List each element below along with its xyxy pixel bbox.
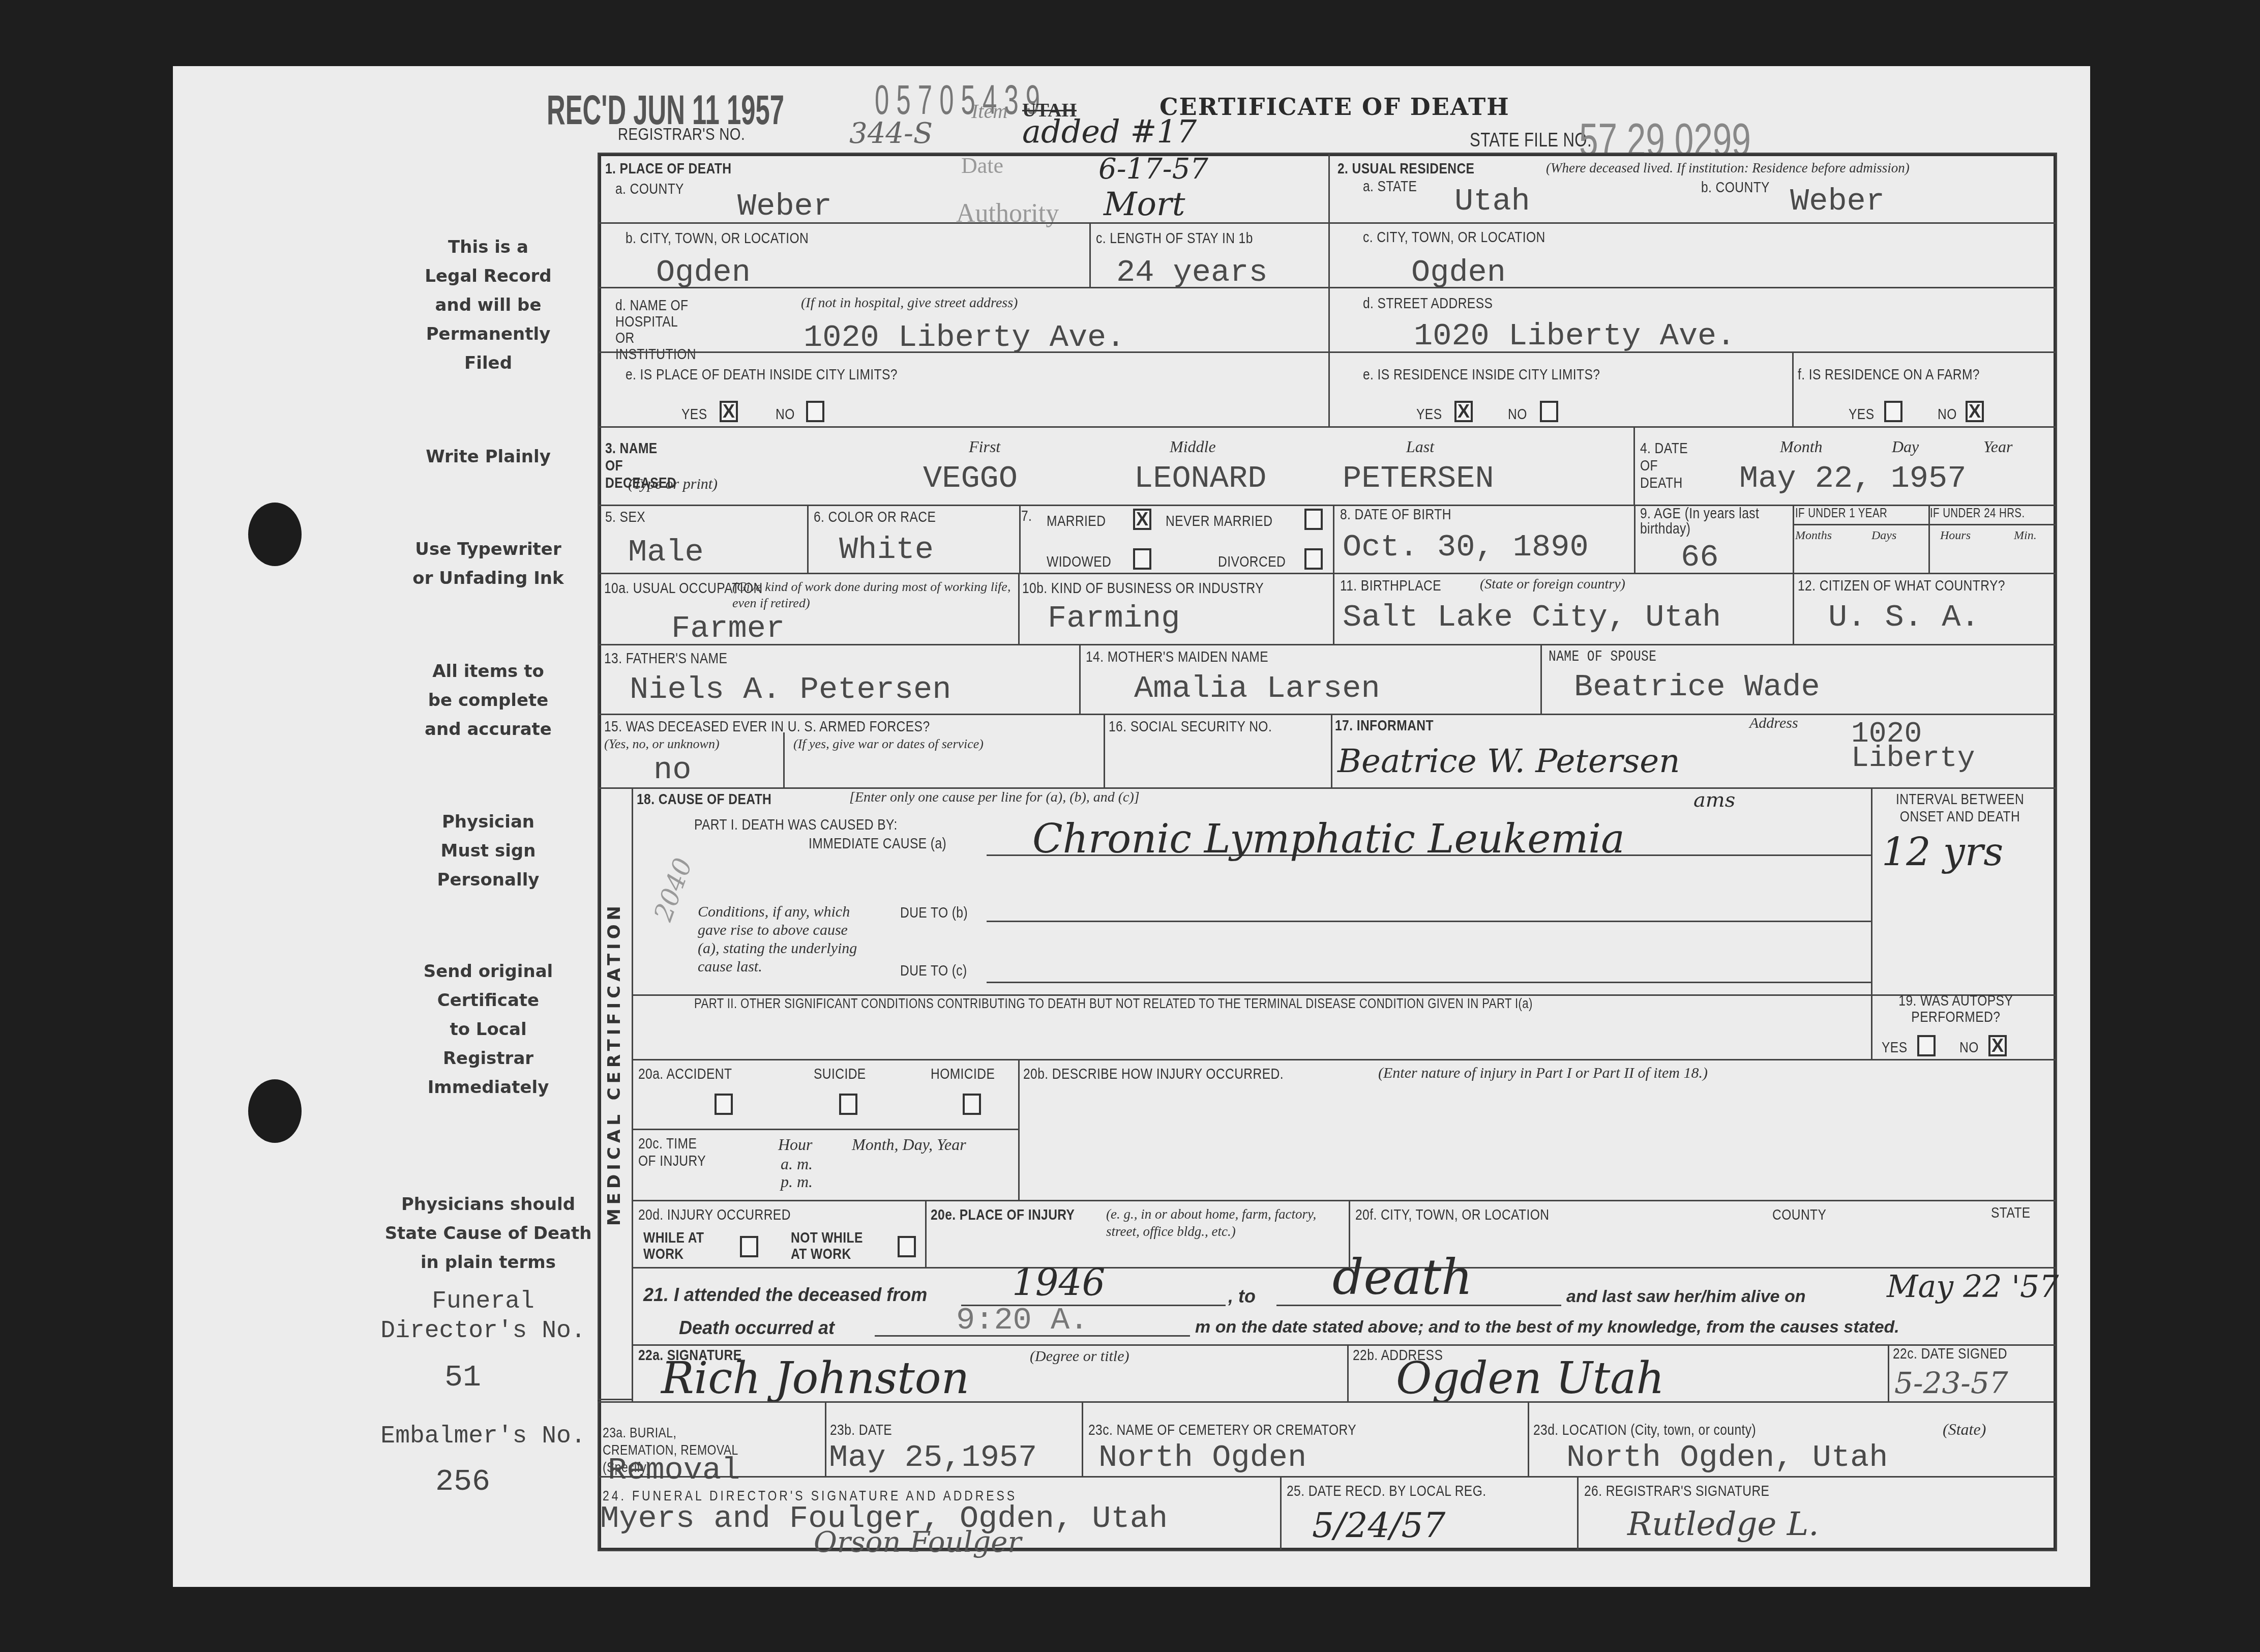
margin-note-legal-record: This is a Legal Record and will be Perma…	[376, 233, 600, 378]
date-signed-label: 22c. DATE SIGNED	[1893, 1345, 2007, 1363]
usual-residence-hint: (Where deceased lived. If institution: R…	[1546, 160, 1910, 176]
injury-desc-hint: (Enter nature of injury in Part I or Par…	[1378, 1065, 1708, 1082]
inside-limits-label: e. IS PLACE OF DEATH INSIDE CITY LIMITS?	[626, 366, 898, 383]
middle-label: Middle	[1170, 437, 1216, 456]
armed-forces-hint2: (If yes, give war or dates of service)	[793, 736, 984, 752]
dod-day-label: Day	[1892, 437, 1919, 456]
state-file-label: STATE FILE NO.	[1470, 130, 1592, 152]
part1-label: PART I. DEATH WAS CAUSED BY:	[694, 816, 898, 834]
attended-from-value[interactable]: 1946	[1012, 1261, 1105, 1304]
res-inside-yes-label: YES	[1416, 406, 1442, 423]
embalmer-no-label: Embalmer's No.	[356, 1422, 610, 1451]
cemetery-value[interactable]: North Ogden	[1098, 1439, 1306, 1476]
farm-no-label: NO	[1938, 406, 1957, 423]
registrar-signature[interactable]: Rutledge L.	[1627, 1506, 1819, 1543]
industry-label: 10b. KIND OF BUSINESS OR INDUSTRY	[1022, 580, 1264, 597]
punch-hole-bottom	[248, 1079, 302, 1143]
injury-city-label: 20f. CITY, TOWN, OR LOCATION	[1355, 1206, 1549, 1224]
margin-note-cause-plain: Physicians should State Cause of Death i…	[376, 1190, 600, 1277]
res-city-label: c. CITY, TOWN, OR LOCATION	[1363, 229, 1545, 246]
spouse-value[interactable]: Beatrice Wade	[1574, 669, 1820, 705]
spouse-label: NAME OF SPOUSE	[1549, 648, 1656, 666]
attended-to-value[interactable]: death	[1332, 1249, 1473, 1306]
injury-state-label: STATE	[1991, 1204, 2031, 1222]
place-injury-hint: (e. g., in or about home, farm, factory,…	[1106, 1205, 1345, 1240]
first-label: First	[969, 437, 1000, 456]
injury-occurred-label: 20d. INJURY OCCURRED	[638, 1206, 791, 1224]
location-label: 23d. LOCATION (City, town, or county)	[1533, 1422, 1756, 1439]
accident-label: 20a. ACCIDENT	[638, 1066, 732, 1083]
street-label: d. STREET ADDRESS	[1363, 295, 1493, 312]
dod-year-label: Year	[1983, 437, 2013, 456]
min-label: Min.	[2014, 529, 2037, 543]
margin-note-write-plainly: Write Plainly	[376, 442, 600, 471]
days-label: Days	[1871, 529, 1896, 543]
stay-value[interactable]: 24 years	[1116, 254, 1268, 290]
res-inside-limits-label: e. IS RESIDENCE INSIDE CITY LIMITS?	[1363, 366, 1600, 383]
never-married-checkbox[interactable]	[1304, 509, 1323, 530]
widowed-checkbox[interactable]	[1133, 548, 1151, 570]
mdy-label: Month, Day, Year	[852, 1135, 966, 1154]
last-name-value[interactable]: PETERSEN	[1343, 460, 1494, 496]
death-city-value[interactable]: Ogden	[656, 254, 751, 290]
first-name-value[interactable]: VEGGO	[923, 460, 1018, 496]
farm-no-checkbox[interactable]: X	[1966, 401, 1984, 422]
funeral-director-no-label: Funeral Director's No.	[356, 1287, 610, 1346]
degree-label: (Degree or title)	[1030, 1348, 1129, 1365]
funeral-director-signature[interactable]: Orson Foulger	[814, 1526, 1021, 1559]
usual-residence-label: 2. USUAL RESIDENCE	[1337, 160, 1474, 178]
informant-label: 17. INFORMANT	[1335, 717, 1434, 734]
punch-hole-top	[248, 503, 302, 566]
embalmer-no-value: 256	[336, 1467, 590, 1497]
county-label: a. COUNTY	[615, 181, 684, 198]
divorced-label: DIVORCED	[1218, 553, 1286, 571]
field-2f-farm	[1792, 351, 2057, 428]
suicide-checkbox[interactable]	[839, 1094, 857, 1115]
race-label: 6. COLOR OR RACE	[814, 509, 936, 526]
due-c-label: DUE TO (c)	[900, 962, 967, 980]
document-title: CERTIFICATE OF DEATH	[1159, 93, 1510, 121]
date-signed-value[interactable]: 5-23-57	[1894, 1366, 2008, 1400]
last-saw-value[interactable]: May 22 '57	[1887, 1269, 2059, 1305]
inside-limits-no-checkbox[interactable]	[806, 401, 824, 422]
informant-signature[interactable]: Beatrice W. Petersen	[1337, 743, 1680, 780]
medical-certification-label: MEDICAL CERTIFICATION	[604, 902, 625, 1226]
res-county-value[interactable]: Weber	[1790, 183, 1885, 219]
res-inside-no-checkbox[interactable]	[1540, 401, 1558, 422]
res-inside-yes-checkbox[interactable]: X	[1454, 401, 1473, 422]
attended-to-label: , to	[1228, 1286, 1256, 1307]
birthplace-label: 11. BIRTHPLACE	[1340, 577, 1441, 595]
industry-value[interactable]: Farming	[1048, 600, 1180, 636]
margin-note-send-original: Send original Certificate to Local Regis…	[376, 957, 600, 1102]
res-county-label: b. COUNTY	[1701, 179, 1770, 196]
autopsy-yes-label: YES	[1882, 1039, 1907, 1056]
farm-yes-checkbox[interactable]	[1884, 401, 1902, 422]
age-label: 9. AGE (In years last birthday)	[1640, 506, 1778, 537]
armed-forces-value[interactable]: no	[653, 752, 691, 788]
cause-hint: [Enter only one cause per line for (a), …	[849, 789, 1140, 806]
hour-label: Hour	[778, 1135, 813, 1154]
location-value[interactable]: North Ogden, Utah	[1566, 1439, 1888, 1476]
inside-limits-yes-checkbox[interactable]: X	[720, 401, 738, 422]
res-inside-no-label: NO	[1508, 406, 1527, 423]
dob-value[interactable]: Oct. 30, 1890	[1343, 529, 1589, 565]
citizen-label: 12. CITIZEN OF WHAT COUNTRY?	[1798, 577, 2005, 595]
mother-value[interactable]: Amalia Larsen	[1134, 670, 1380, 706]
res-state-label: a. STATE	[1363, 178, 1417, 195]
immediate-cause-value[interactable]: Chronic Lymphatic Leukemia	[1032, 816, 1625, 862]
citizen-value[interactable]: U. S. A.	[1828, 599, 1980, 635]
physician-signature[interactable]: Rich Johnston	[661, 1353, 969, 1404]
never-married-label: NEVER MARRIED	[1166, 513, 1272, 530]
inside-limits-yes-label: YES	[681, 406, 707, 423]
dod-label: 4. DATE OF DEATH	[1640, 440, 1690, 492]
occupation-hint: (Give kind of work done during most of w…	[732, 579, 1017, 611]
field-1e-inside-limits	[598, 351, 1330, 428]
date-recd-value[interactable]: 5/24/57	[1312, 1506, 1445, 1546]
interval-label: INTERVAL BETWEEN ONSET AND DEATH	[1877, 791, 2043, 825]
injury-county-label: COUNTY	[1772, 1206, 1826, 1224]
injury-desc-label: 20b. DESCRIBE HOW INJURY OCCURRED.	[1023, 1066, 1284, 1083]
informant-address-label: Address	[1749, 715, 1798, 732]
while-work-label: WHILE AT WORK	[643, 1230, 719, 1262]
hospital-value[interactable]: 1020 Liberty Ave.	[804, 319, 1125, 356]
margin-note-complete: All items to be complete and accurate	[376, 657, 600, 744]
widowed-label: WIDOWED	[1047, 553, 1111, 571]
location-state-label: (State)	[1943, 1420, 1986, 1439]
registrars-no-value: 344-S	[849, 117, 933, 150]
death-county-value[interactable]: Weber	[737, 188, 832, 224]
funeral-director-no-value: 51	[336, 1363, 590, 1393]
birthplace-hint: (State or foreign country)	[1480, 576, 1625, 593]
res-city-value[interactable]: Ogden	[1411, 254, 1506, 290]
attended-prefix: 21. I attended the deceased from	[643, 1284, 927, 1306]
ssn-label: 16. SOCIAL SECURITY NO.	[1109, 718, 1272, 735]
stay-label: c. LENGTH OF STAY IN 1b	[1096, 230, 1253, 247]
part2-label: PART II. OTHER SIGNIFICANT CONDITIONS CO…	[694, 996, 1533, 1012]
inside-limits-no-label: NO	[776, 406, 795, 423]
autopsy-yes-checkbox[interactable]	[1917, 1035, 1936, 1056]
married-checkbox[interactable]: X	[1133, 509, 1151, 530]
due-b-label: DUE TO (b)	[900, 904, 968, 922]
armed-forces-hint1: (Yes, no, or unknown)	[604, 736, 720, 752]
accident-checkbox[interactable]	[715, 1094, 733, 1115]
item-prefix: Item	[971, 99, 1007, 123]
initials-ams: ams	[1693, 788, 1735, 812]
last-label: Last	[1406, 437, 1434, 456]
divorced-checkbox[interactable]	[1304, 548, 1323, 570]
birthplace-value[interactable]: Salt Lake City, Utah	[1343, 599, 1721, 635]
annotation-added: added #17	[1022, 113, 1197, 150]
dob-label: 8. DATE OF BIRTH	[1340, 506, 1451, 523]
sex-value[interactable]: Male	[628, 534, 704, 570]
city-label: b. CITY, TOWN, OR LOCATION	[626, 230, 809, 247]
last-saw-label: and last saw her/him alive on	[1566, 1287, 1806, 1307]
am-label: a. m.	[781, 1155, 813, 1173]
hours-label: Hours	[1940, 529, 1971, 543]
date-recd-label: 25. DATE RECD. BY LOCAL REG.	[1287, 1483, 1486, 1500]
margin-note-typewriter: Use Typewriter or Unfading Ink	[376, 535, 600, 593]
autopsy-label: 19. WAS AUTOPSY PERFORMED?	[1877, 993, 2035, 1025]
not-while-work-checkbox[interactable]	[898, 1236, 916, 1257]
not-while-work-label: NOT WHILE AT WORK	[791, 1230, 866, 1262]
cause-label: 18. CAUSE OF DEATH	[637, 791, 771, 808]
burial-date-label: 23b. DATE	[830, 1422, 892, 1439]
burial-date-value[interactable]: May 25,1957	[829, 1439, 1037, 1476]
father-value[interactable]: Niels A. Petersen	[630, 671, 951, 707]
mother-label: 14. MOTHER'S MAIDEN NAME	[1086, 648, 1268, 666]
death-time-suffix: m on the date stated above; and to the b…	[1195, 1317, 1899, 1337]
field-2e-inside-limits	[1328, 351, 1794, 428]
margin-note-physician-sign: Physician Must sign Personally	[376, 808, 600, 895]
res-state-value[interactable]: Utah	[1454, 183, 1530, 219]
time-injury-label: 20c. TIME OF INJURY	[638, 1135, 713, 1170]
place-of-death-label: 1. PLACE OF DEATH	[605, 160, 731, 178]
conditions-hint: Conditions, if any, which gave rise to a…	[698, 903, 866, 976]
informant-address-value[interactable]: 1020 Liberty	[1851, 722, 1963, 771]
divider	[783, 732, 785, 788]
homicide-label: HOMICIDE	[931, 1066, 995, 1083]
autopsy-no-checkbox[interactable]: X	[1988, 1035, 2007, 1056]
place-injury-label: 20e. PLACE OF INJURY	[931, 1206, 1075, 1224]
pm-label: p. m.	[781, 1172, 813, 1191]
homicide-checkbox[interactable]	[963, 1094, 981, 1115]
marital-number: 7.	[1021, 508, 1032, 525]
under-24-label: IF UNDER 24 HRS.	[1930, 506, 2025, 521]
due-b-line	[987, 921, 1871, 922]
interval-value[interactable]: 12 yrs	[1882, 829, 2003, 874]
age-value[interactable]: 66	[1681, 539, 1718, 575]
dod-month-label: Month	[1780, 437, 1823, 456]
armed-forces-label: 15. WAS DECEASED EVER IN U. S. ARMED FOR…	[604, 718, 930, 735]
autopsy-no-label: NO	[1959, 1039, 1979, 1056]
registrars-no-label: REGISTRAR'S NO.	[618, 125, 745, 144]
while-work-checkbox[interactable]	[740, 1236, 758, 1257]
physician-address[interactable]: Ogden Utah	[1396, 1353, 1664, 1404]
months-label: Months	[1795, 529, 1832, 543]
due-c-line	[987, 982, 1871, 983]
street-value[interactable]: 1020 Liberty Ave.	[1414, 318, 1736, 354]
married-label: MARRIED	[1047, 513, 1106, 530]
hospital-hint: (If not in hospital, give street address…	[801, 295, 1018, 311]
middle-name-value[interactable]: LEONARD	[1134, 460, 1266, 496]
father-label: 13. FATHER'S NAME	[604, 650, 727, 667]
occupation-value[interactable]: Farmer	[671, 610, 785, 646]
date-of-death-value[interactable]: May 22, 1957	[1739, 460, 1966, 496]
death-time-value[interactable]: 9:20 A.	[956, 1302, 1088, 1338]
farm-label: f. IS RESIDENCE ON A FARM?	[1798, 366, 1980, 383]
name-hint: (Type or print)	[628, 476, 718, 493]
under-1yr-label: IF UNDER 1 YEAR	[1795, 506, 1887, 521]
death-occurred-label: Death occurred at	[679, 1317, 835, 1339]
suicide-label: SUICIDE	[814, 1066, 866, 1083]
cemetery-label: 23c. NAME OF CEMETERY OR CREMATORY	[1088, 1422, 1356, 1439]
immediate-label: IMMEDIATE CAUSE (a)	[809, 835, 946, 852]
farm-yes-label: YES	[1849, 406, 1874, 423]
registrar-sig-label: 26. REGISTRAR'S SIGNATURE	[1584, 1483, 1769, 1500]
sex-label: 5. SEX	[605, 509, 645, 526]
race-value[interactable]: White	[839, 532, 934, 568]
